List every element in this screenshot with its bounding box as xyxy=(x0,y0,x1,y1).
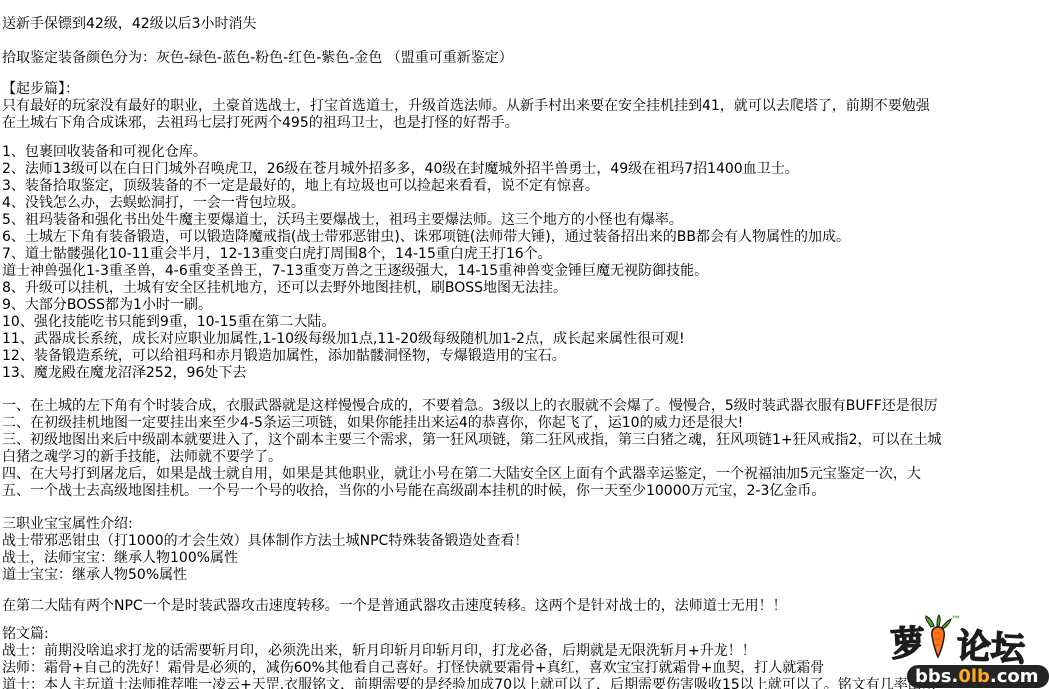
text-line: 五、一个战士去高级地图挂机。一个号一个号的收拾，当你的小号能在高级副本挂机的时候… xyxy=(2,483,1049,500)
url-part-0lb: 0lb xyxy=(958,666,990,687)
text-line: 5、祖玛装备和强化书出处牛魔主要爆道士，沃玛主要爆战士，祖玛主要爆法师。这三个地… xyxy=(2,212,1049,229)
text-line: 【起步篇】： xyxy=(2,81,1049,98)
text-line: 13、魔龙殿在魔龙沼泽252，96处下去 xyxy=(2,365,1049,382)
section-intro: 送新手保镖到42级，42级以后3小时消失 xyxy=(2,16,1049,33)
text-line: 白猪之魂学习的新手技能，法师就不要学了。 xyxy=(2,449,1049,466)
text-line: 送新手保镖到42级，42级以后3小时消失 xyxy=(2,16,1049,33)
text-line: 3、装备拾取鉴定，顶级装备的不一定是最好的，地上有垃圾也可以捡起来看看，说不定有… xyxy=(2,178,1049,195)
document-page: { "page": { "background_color": "#ffffff… xyxy=(0,0,1049,689)
text-line: 战士带邪恶钳虫（打1000的才会生效）具体制作方法土城NPC特殊装备锻造处查看！ xyxy=(2,533,1049,550)
text-line: 10、强化技能吃书只能到9重，10-15重在第二大陆。 xyxy=(2,314,1049,331)
section-appraisal: 拾取鉴定装备颜色分为：灰色-绿色-蓝色-粉色-红色-紫色-金色 （盟重可重新鉴定… xyxy=(2,50,1049,67)
text-line: 只有最好的玩家没有最好的职业，土豪首选战士，打宝首选道士，升级首选法师。从新手村… xyxy=(2,98,1049,115)
text-line: 9、大部分BOSS都为1小时一刷。 xyxy=(2,297,1049,314)
forum-watermark-logo: 萝 ™ 论坛 bbs.0lb.com xyxy=(889,613,1049,689)
text-line: 4、没钱怎么办，去蜈蚣洞打，一会一背包垃圾。 xyxy=(2,195,1049,212)
text-line: 6、土城左下角有装备锻造，可以锻造降魔戒指(战士带邪恶钳虫)、诛邪项链(法师带大… xyxy=(2,229,1049,246)
text-line: 四、在大号打到屠龙后，如果是战士就自用，如果是其他职业，就让小号在第二大陆安全区… xyxy=(2,466,1049,483)
text-line: 三、初级地图出来后中级副本就要进入了，这个副本主要三个需求，第一狂风项链，第二狂… xyxy=(2,432,1049,449)
text-line: 12、装备锻造系统，可以给祖玛和赤月锻造加属性，添加骷髅洞怪物，专爆锻造用的宝石… xyxy=(2,348,1049,365)
text-line: 11、武器成长系统，成长对应职业加属性,1-10级每级加1点,11-20级每级随… xyxy=(2,331,1049,348)
text-line: 在土城右下角合成诛邪，去祖玛七层打死两个495的祖玛卫士，也是打怪的好帮手。 xyxy=(2,115,1049,132)
text-line: 战士，法师宝宝：继承人物100%属性 xyxy=(2,550,1049,567)
text-line: 2、法师13级可以在白日门城外召唤虎卫，26级在苍月城外招多多，40级在封魔城外… xyxy=(2,161,1049,178)
text-line: 1、包裹回收装备和可视化仓库。 xyxy=(2,144,1049,161)
text-line: 道士神兽强化1-3重圣兽，4-6重变圣兽王，7-13重变万兽之王逐级强大，14-… xyxy=(2,263,1049,280)
carrot-icon xyxy=(926,615,951,657)
brand-chars-luntan: 论坛 xyxy=(956,626,1027,670)
tm-mark: ™ xyxy=(951,615,961,626)
url-part-bbs: bbs. xyxy=(915,666,958,687)
section-starter-guide: 【起步篇】：只有最好的玩家没有最好的职业，土豪首选战士，打宝首选道士，升级首选法… xyxy=(2,81,1049,132)
section-pet-attributes: 三职业宝宝属性介绍:战士带邪恶钳虫（打1000的才会生效）具体制作方法土城NPC… xyxy=(2,516,1049,584)
text-line: 二、在初级挂机地图一定要挂出来至少4-5条运三项链，如果你能挂出来运4的恭喜你，… xyxy=(2,415,1049,432)
text-line: 道士宝宝：继承人物50%属性 xyxy=(2,567,1049,584)
text-line: 7、道士骷髅强化10-11重会半月，12-13重变白虎打周围8个，14-15重白… xyxy=(2,246,1049,263)
brand-char-luo: 萝 xyxy=(890,623,927,665)
text-line: 8、升级可以挂机，土城有安全区挂机地方，还可以去野外地图挂机，刷BOSS地图无法… xyxy=(2,280,1049,297)
section-tips-list: 1、包裹回收装备和可视化仓库。2、法师13级可以在白日门城外召唤虎卫，26级在苍… xyxy=(2,144,1049,382)
text-line: 一、在土城的左下角有个时装合成，衣服武器就是这样慢慢合成的，不要着急。3级以上的… xyxy=(2,398,1049,415)
text-line: 三职业宝宝属性介绍: xyxy=(2,516,1049,533)
url-part-com: .com xyxy=(990,666,1039,687)
svg-text:bbs.0lb.com: bbs.0lb.com xyxy=(915,666,1039,687)
text-line: 拾取鉴定装备颜色分为：灰色-绿色-蓝色-粉色-红色-紫色-金色 （盟重可重新鉴定… xyxy=(2,50,1049,67)
section-advanced-steps: 一、在土城的左下角有个时装合成，衣服武器就是这样慢慢合成的，不要着急。3级以上的… xyxy=(2,398,1049,500)
